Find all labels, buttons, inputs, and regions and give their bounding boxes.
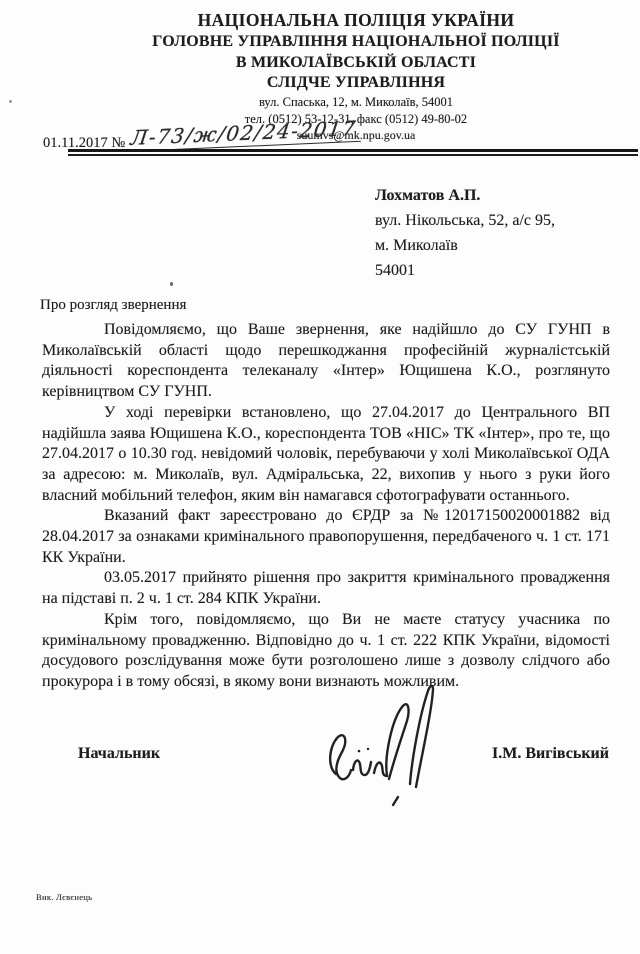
recipient-name: Лохматов А.П. bbox=[375, 183, 555, 208]
recipient-street: вул. Нікольська, 52, а/с 95, bbox=[375, 208, 555, 233]
executor-note: Вик. Лєвєнець bbox=[36, 892, 92, 902]
subject-line: Про розгляд звернення bbox=[40, 297, 186, 314]
letter-body: Повідомляємо, що Ваше звернення, яке над… bbox=[42, 320, 610, 693]
body-paragraph-1: Повідомляємо, що Ваше звернення, яке над… bbox=[42, 320, 610, 403]
org-name-line2: ГОЛОВНЕ УПРАВЛІННЯ НАЦІОНАЛЬНОЇ ПОЛІЦІЇ bbox=[70, 33, 640, 52]
recipient-city: м. Миколаїв bbox=[375, 233, 555, 258]
org-name-line4: СЛІДЧЕ УПРАВЛІННЯ bbox=[70, 74, 640, 93]
signature-ink-scribble bbox=[322, 678, 448, 812]
signatory-name: І.М. Вигівський bbox=[492, 745, 609, 763]
org-name-line1: НАЦІОНАЛЬНА ПОЛІЦІЯ УКРАЇНИ bbox=[70, 10, 640, 31]
scan-speck bbox=[9, 100, 12, 103]
scan-speck bbox=[170, 282, 173, 286]
letterhead-divider-rule bbox=[68, 149, 638, 156]
signatory-position: Начальник bbox=[78, 745, 160, 763]
org-name-line3: В МИКОЛАЇВСЬКІЙ ОБЛАСТІ bbox=[70, 54, 640, 73]
org-address: вул. Спаська, 12, м. Миколаїв, 54001 bbox=[70, 95, 640, 110]
body-paragraph-4: 03.05.2017 прийнято рішення про закриття… bbox=[42, 568, 610, 609]
body-paragraph-3: Вказаний факт зареєстровано до ЄРДР за №… bbox=[42, 506, 610, 568]
scanned-letter-page: НАЦІОНАЛЬНА ПОЛІЦІЯ УКРАЇНИ ГОЛОВНЕ УПРА… bbox=[0, 0, 640, 954]
body-paragraph-2: У ході перевірки встановлено, що 27.04.2… bbox=[42, 403, 610, 507]
recipient-zip: 54001 bbox=[375, 258, 555, 283]
recipient-block: Лохматов А.П. вул. Нікольська, 52, а/с 9… bbox=[375, 183, 555, 283]
